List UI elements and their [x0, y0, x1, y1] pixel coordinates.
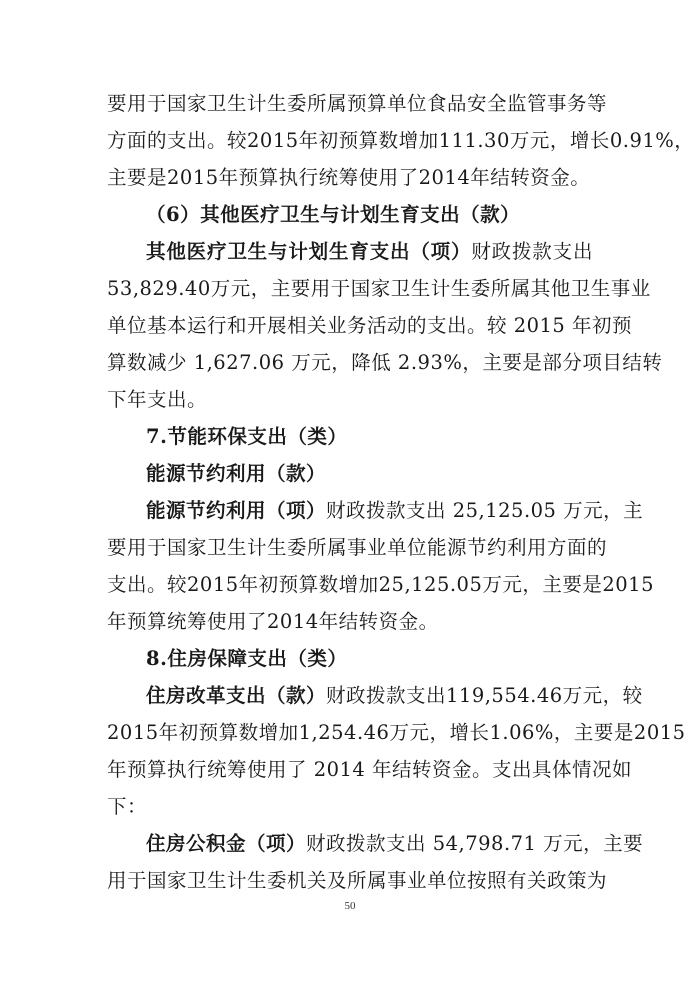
line-text: 年预算统筹使用了2014年结转资金。 — [107, 610, 439, 633]
line-text: 年预算执行统筹使用了 2014 年结转资金。支出具体情况如 — [107, 758, 632, 781]
section-heading: 7.节能环保支出（类） — [146, 418, 593, 455]
text-line: 年预算执行统筹使用了 2014 年结转资金。支出具体情况如 — [107, 751, 593, 788]
text-line: 住房公积金（项）财政拨款支出 54,798.71 万元，主要 — [146, 825, 593, 862]
section-heading: 能源节约利用（款） — [146, 455, 593, 492]
line-text: 单位基本运行和开展相关业务活动的支出。较 2015 年初预 — [107, 314, 632, 337]
section-heading: （6）其他医疗卫生与计划生育支出（款） — [146, 196, 593, 233]
bold-label: 住房公积金（项） — [146, 832, 306, 855]
line-text: 要用于国家卫生计生委所属事业单位能源节约利用方面的 — [107, 536, 607, 559]
text-line: 能源节约利用（项）财政拨款支出 25,125.05 万元，主 — [146, 492, 593, 529]
line-text: 方面的支出。较2015年初预算数增加111.30万元，增长0.91%， — [107, 129, 694, 152]
page-number: 50 — [0, 900, 700, 912]
line-text: 用于国家卫生计生委机关及所属事业单位按照有关政策为 — [107, 869, 607, 892]
line-text: 下： — [107, 795, 147, 818]
text-line: 下年支出。 — [107, 381, 593, 418]
line-text: 要用于国家卫生计生委所属预算单位食品安全监管事务等 — [107, 92, 607, 115]
bold-label: 能源节约利用（款） — [146, 462, 326, 485]
line-text: 财政拨款支出 25,125.05 万元，主 — [326, 499, 643, 522]
text-line: 要用于国家卫生计生委所属事业单位能源节约利用方面的 — [107, 529, 593, 566]
bold-label: 7.节能环保支出（类） — [146, 425, 347, 448]
line-text: 财政拨款支出 54,798.71 万元，主要 — [306, 832, 643, 855]
document-page: 要用于国家卫生计生委所属预算单位食品安全监管事务等方面的支出。较2015年初预算… — [0, 0, 700, 989]
text-line: 支出。较2015年初预算数增加25,125.05万元，主要是2015 — [107, 566, 593, 603]
text-line: 53,829.40万元，主要用于国家卫生计生委所属其他卫生事业 — [107, 270, 593, 307]
line-text: 2015年初预算数增加1,254.46万元，增长1.06%，主要是2015 — [107, 721, 686, 744]
line-text: 下年支出。 — [107, 388, 207, 411]
bold-label: 住房改革支出（款） — [146, 684, 326, 707]
text-line: 方面的支出。较2015年初预算数增加111.30万元，增长0.91%， — [107, 122, 593, 159]
text-line: 用于国家卫生计生委机关及所属事业单位按照有关政策为 — [107, 862, 593, 899]
text-line: 算数减少 1,627.06 万元，降低 2.93%，主要是部分项目结转 — [107, 344, 593, 381]
text-line: 要用于国家卫生计生委所属预算单位食品安全监管事务等 — [107, 85, 593, 122]
line-text: 财政拨款支出119,554.46万元，较 — [326, 684, 643, 707]
bold-label: （6）其他医疗卫生与计划生育支出（款） — [146, 203, 520, 226]
bold-label: 8.住房保障支出（类） — [146, 647, 347, 670]
text-line: 主要是2015年预算执行统筹使用了2014年结转资金。 — [107, 159, 593, 196]
text-line: 其他医疗卫生与计划生育支出（项）财政拨款支出 — [146, 233, 593, 270]
line-text: 支出。较2015年初预算数增加25,125.05万元，主要是2015 — [107, 573, 654, 596]
text-line: 2015年初预算数增加1,254.46万元，增长1.06%，主要是2015 — [107, 714, 593, 751]
bold-label: 能源节约利用（项） — [146, 499, 326, 522]
line-text: 算数减少 1,627.06 万元，降低 2.93%，主要是部分项目结转 — [107, 351, 662, 374]
text-line: 单位基本运行和开展相关业务活动的支出。较 2015 年初预 — [107, 307, 593, 344]
text-line: 下： — [107, 788, 593, 825]
section-heading: 8.住房保障支出（类） — [146, 640, 593, 677]
line-text: 53,829.40万元，主要用于国家卫生计生委所属其他卫生事业 — [107, 277, 651, 300]
bold-label: 其他医疗卫生与计划生育支出（项） — [146, 240, 471, 263]
text-line: 年预算统筹使用了2014年结转资金。 — [107, 603, 593, 640]
line-text: 主要是2015年预算执行统筹使用了2014年结转资金。 — [107, 166, 590, 189]
text-line: 住房改革支出（款）财政拨款支出119,554.46万元，较 — [146, 677, 593, 714]
line-text: 财政拨款支出 — [471, 240, 593, 263]
